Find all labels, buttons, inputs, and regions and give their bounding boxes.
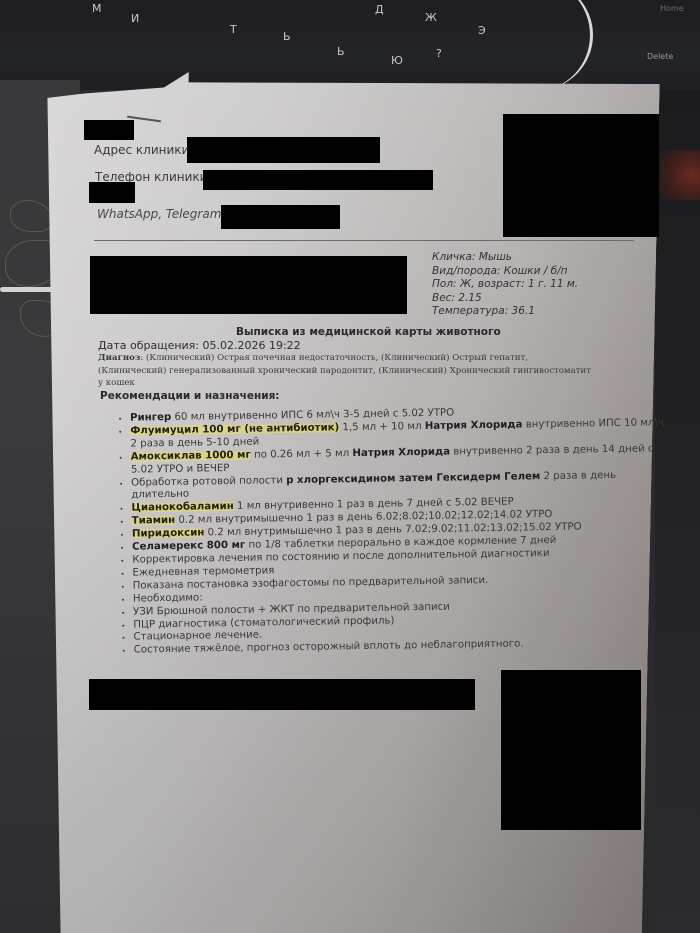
redacted-clinic-address [187,137,380,163]
redacted-clinic-name [84,120,134,140]
redacted-messengers [221,205,340,229]
instruction-text: Ежедневная термометрия [132,565,274,578]
document: Адрес клиники: Телефон клиники: WhatsApp… [0,0,700,933]
redacted-clinic-phone-extra [89,182,135,203]
patient-sex-age: Пол: Ж, возраст: 1 г. 11 м. [432,278,578,292]
instruction-text: 1,5 мл + 10 мл [339,421,425,433]
drug-name: Цианокобаламин [131,501,233,514]
instruction-text: по 0.26 мл + 5 мл [251,448,353,461]
header-divider [94,240,634,241]
recommendations-heading: Рекомендации и назначения: [100,390,280,402]
diagnosis-text: : (Клинический) Острая почечная недостат… [98,353,591,388]
redacted-owner-info [90,256,407,314]
instruction-text: Стационарное лечение. [133,630,262,643]
messengers-label: WhatsApp, Telegram: [97,207,225,221]
drug-name: Селамерекс 800 мг [132,540,245,553]
redacted-stamp [501,670,641,830]
redacted-doctor-signature [89,679,475,710]
instruction-text: Обработка ротовой полости [131,475,286,488]
drug-name: Флуимуцил 100 мг (не антибиотик) [130,422,339,436]
diagnosis-label: Диагноз [98,353,140,363]
redacted-logo [503,114,659,237]
drug-name: Пиридоксин [132,528,205,540]
recommendations-list: Рингер 60 мл внутривенно ИПС 6 мл\ч 3-5 … [104,404,674,658]
patient-weight: Вес: 2.15 [432,292,578,306]
patient-name: Кличка: Мышь [432,251,578,265]
drug-name: Рингер [130,412,171,424]
clinic-address-label: Адрес клиники: [94,143,193,157]
redacted-clinic-phone [203,170,433,190]
drug-name: Натрия Хлорида [352,446,450,459]
diagnosis: Диагноз: (Клинический) Острая почечная н… [98,352,598,390]
visit-date: Дата обращения: 05.02.2026 19:22 [98,339,301,352]
patient-info: Кличка: Мышь Вид/порода: Кошки / б/п Пол… [432,251,578,319]
document-title: Выписка из медицинской карты животного [236,326,501,338]
patient-species: Вид/порода: Кошки / б/п [432,265,578,279]
patient-temperature: Температура: 36.1 [432,305,578,319]
drug-name: Амоксиклав 1000 мг [131,449,251,462]
instruction-text: Необходимо: [133,592,203,604]
drug-name: Натрия Хлорида [425,419,523,432]
drug-name: Тиамин [132,515,176,527]
